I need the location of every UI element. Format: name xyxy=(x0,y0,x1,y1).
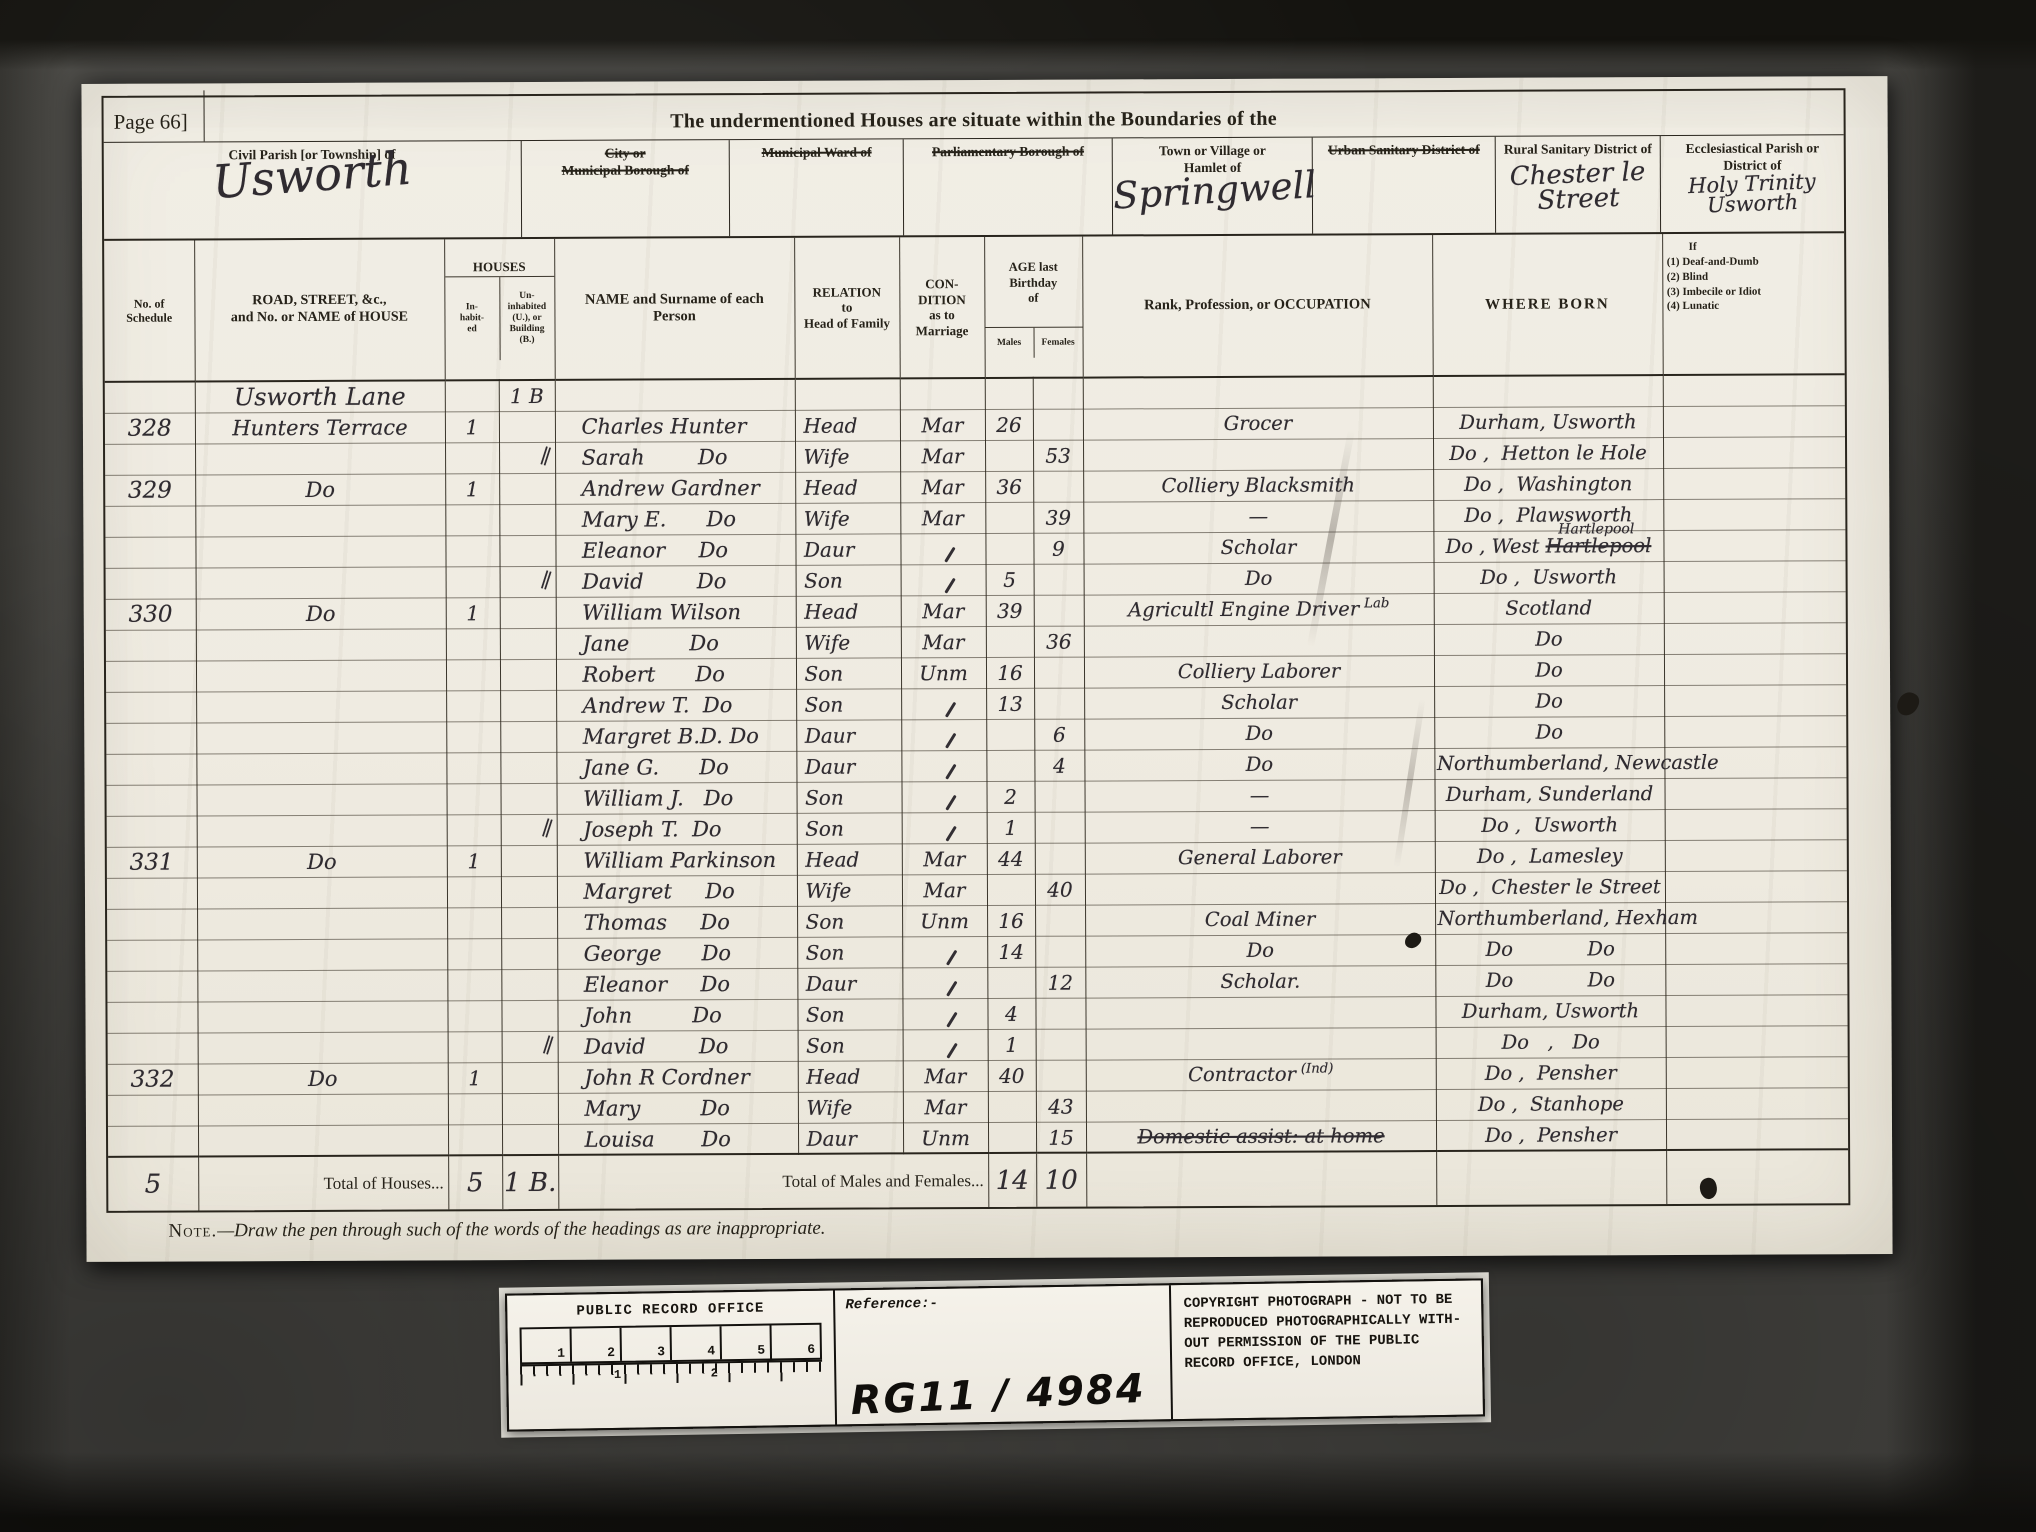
cell-age-female: 39 xyxy=(1033,502,1083,533)
cell-age-female xyxy=(1036,1029,1086,1060)
reference-label: Reference:- xyxy=(845,1292,1159,1313)
cell-road xyxy=(196,691,446,723)
cell-inhabited xyxy=(446,783,500,814)
cell-name: William Wilson xyxy=(556,596,796,628)
cell-age-female: 15 xyxy=(1036,1122,1086,1153)
cell-inhabited xyxy=(447,876,501,907)
cell-infirmity xyxy=(1664,747,1846,779)
cell-schedule xyxy=(105,382,195,413)
cell-road xyxy=(198,1125,448,1157)
cell-infirmity xyxy=(1664,561,1846,593)
cell-name: ∥David Do xyxy=(556,565,796,597)
cell-where-born: Scotland xyxy=(1434,592,1664,624)
cell-age-female xyxy=(1034,657,1084,688)
cell-where-born xyxy=(1433,375,1663,407)
cell-age-female xyxy=(1033,471,1083,502)
totals-houses-label: Total of Houses... xyxy=(198,1156,448,1211)
cell-infirmity xyxy=(1666,1119,1848,1151)
struck-text: HartlepoolHartlepool xyxy=(1546,534,1652,557)
cell-age-female: 36 xyxy=(1034,626,1084,657)
cell-uninhabited xyxy=(501,876,557,907)
cell-infirmity xyxy=(1663,530,1845,562)
cell-name: ∥David Do xyxy=(558,1030,798,1062)
census-table: No. of Schedule ROAD, STREET, &c., and N… xyxy=(104,233,1848,1211)
struck-text: Domestic assist: at home xyxy=(1137,1124,1384,1148)
pro-office-title: PUBLIC RECORD OFFICE xyxy=(519,1300,821,1321)
cell-occupation: Contractor(Ind) xyxy=(1086,1058,1436,1091)
cell-inhabited: 1 xyxy=(447,845,501,876)
census-form: Page 66] The undermentioned Houses are s… xyxy=(101,88,1850,1213)
cell-condition: Mar xyxy=(901,626,986,657)
cell-age-female xyxy=(1033,409,1083,440)
cell-name: Louisa Do xyxy=(558,1123,798,1155)
reference-value: RG11 / 4984 xyxy=(850,1366,1147,1424)
cell-condition xyxy=(902,998,987,1029)
cell-relation: Son xyxy=(796,565,901,596)
cell-occupation: — xyxy=(1084,779,1434,812)
cell-age-female xyxy=(1034,688,1084,719)
cell-infirmity xyxy=(1665,902,1847,934)
cell-relation: Son xyxy=(797,937,902,968)
cell-condition xyxy=(901,719,986,750)
pro-number-box: 6 xyxy=(772,1325,821,1359)
cell-schedule xyxy=(108,1095,198,1126)
district-cell: Town or Village or Hamlet ofSpringwell xyxy=(1113,138,1314,235)
cell-schedule: 332 xyxy=(108,1064,198,1095)
cell-age-female xyxy=(1033,378,1083,409)
cell-age-female: 53 xyxy=(1033,440,1083,471)
totals-inhabited: 5 xyxy=(448,1155,502,1209)
cell-age-male xyxy=(987,874,1035,905)
cell-schedule xyxy=(108,1126,198,1157)
district-value: Holy Trinity Usworth xyxy=(1660,171,1844,218)
col-schedule: No. of Schedule xyxy=(104,240,195,382)
cell-occupation: Domestic assist: at home xyxy=(1086,1120,1436,1153)
cell-where-born: Do , Usworth xyxy=(1434,561,1664,593)
cell-name: Andrew T. Do xyxy=(556,689,796,721)
cell-name: ∥Joseph T. Do xyxy=(557,813,797,845)
cell-condition: Mar xyxy=(903,1091,988,1122)
cell-road xyxy=(197,1001,447,1033)
cell-uninhabited xyxy=(502,1062,558,1093)
cell-infirmity xyxy=(1665,995,1847,1027)
cell-name: Margret Do xyxy=(557,875,797,907)
cell-where-born: Do Do xyxy=(1435,964,1665,996)
cell-infirmity xyxy=(1666,1026,1848,1058)
totals-empty-born xyxy=(1436,1150,1666,1205)
census-sheet: Page 66] The undermentioned Houses are s… xyxy=(81,76,1892,1262)
cell-relation: Son xyxy=(797,906,902,937)
cell-schedule xyxy=(107,971,197,1002)
ditto-tick-mark xyxy=(946,949,958,965)
cell-condition: Mar xyxy=(900,440,985,471)
totals-empty-occupation xyxy=(1086,1151,1436,1207)
cell-age-male xyxy=(985,378,1033,409)
totals-males: 14 xyxy=(988,1153,1036,1207)
cell-where-born: Do , Chester le Street xyxy=(1435,871,1665,903)
cell-age-male: 13 xyxy=(986,688,1034,719)
col-age-group: AGE last Birthday of Males Females xyxy=(984,237,1083,379)
cell-age-female: 12 xyxy=(1035,967,1085,998)
col-inhabited: In- habit- ed xyxy=(445,277,500,361)
cell-condition xyxy=(902,967,987,998)
cell-occupation: — xyxy=(1083,500,1433,533)
cell-age-male: 39 xyxy=(986,595,1034,626)
district-header: Civil Parish [or Township] ofUsworthCity… xyxy=(104,135,1844,241)
cell-where-born: Do xyxy=(1434,685,1664,717)
ditto-tick-mark xyxy=(945,701,957,717)
district-value: Springwell xyxy=(1112,167,1313,213)
cell-occupation xyxy=(1084,624,1434,657)
pro-number-box: 2 xyxy=(572,1328,623,1362)
cell-inhabited xyxy=(446,629,500,660)
ditto-tick-mark xyxy=(945,825,957,841)
cell-age-female: 4 xyxy=(1034,750,1084,781)
cell-age-male: 40 xyxy=(988,1060,1036,1091)
amendment-text: (Ind) xyxy=(1301,1061,1334,1076)
cell-age-male xyxy=(988,1091,1036,1122)
cell-infirmity xyxy=(1664,778,1846,810)
cell-occupation: Colliery Laborer xyxy=(1084,655,1434,688)
ink-blot xyxy=(1894,689,1922,719)
cell-condition: Unm xyxy=(901,657,986,688)
cell-age-male: 44 xyxy=(987,843,1035,874)
ditto-tick-mark xyxy=(944,546,956,562)
cell-road xyxy=(197,908,447,940)
district-cell: City or Municipal Borough of xyxy=(521,140,730,237)
district-label: City or Municipal Borough of xyxy=(521,145,729,180)
cell-uninhabited xyxy=(499,411,555,442)
cell-age-male: 14 xyxy=(987,936,1035,967)
cell-occupation xyxy=(1086,1027,1436,1060)
col-occupation: Rank, Profession, or OCCUPATION xyxy=(1082,235,1433,378)
cell-condition: Unm xyxy=(903,1122,988,1153)
cell-infirmity xyxy=(1663,375,1845,407)
cell-relation: Head xyxy=(798,1061,903,1092)
cell-age-female: 6 xyxy=(1034,719,1084,750)
ditto-tick-mark xyxy=(946,980,958,996)
cell-where-born: Do , Pensher xyxy=(1436,1057,1666,1089)
cell-relation: Head xyxy=(796,596,901,627)
cell-age-male xyxy=(987,967,1035,998)
cell-where-born: Northumberland, Hexham xyxy=(1435,902,1665,934)
cell-age-female xyxy=(1036,1060,1086,1091)
cell-relation: Wife xyxy=(795,503,900,534)
cell-occupation: Grocer xyxy=(1083,407,1433,440)
cell-name: John Do xyxy=(557,999,797,1031)
cell-where-born: Do , Pensher xyxy=(1436,1119,1666,1151)
cell-road xyxy=(195,536,445,568)
cell-age-female: 40 xyxy=(1035,874,1085,905)
pro-reference-stamp: PUBLIC RECORD OFFICE 123456 1 2 Referenc… xyxy=(505,1278,1485,1431)
col-relation: RELATION to Head of Family xyxy=(794,237,900,379)
pro-number-box: 3 xyxy=(622,1327,673,1361)
totals-schedule-count: 5 xyxy=(108,1157,198,1211)
cell-name: Mary E. Do xyxy=(555,503,795,535)
cell-age-male xyxy=(985,440,1033,471)
cell-where-born: Do xyxy=(1434,623,1664,655)
cell-infirmity xyxy=(1664,623,1846,655)
cell-condition xyxy=(900,533,985,564)
cell-condition xyxy=(901,750,986,781)
cell-uninhabited xyxy=(500,721,556,752)
footnote-text: —Draw the pen through such of the words … xyxy=(217,1218,825,1242)
ditto-tick-mark xyxy=(946,1011,958,1027)
cell-infirmity xyxy=(1665,809,1847,841)
cell-name: John R Cordner xyxy=(558,1061,798,1093)
district-label: Rural Sanitary District of xyxy=(1496,141,1660,159)
cell-inhabited xyxy=(446,660,500,691)
cell-uninhabited xyxy=(501,907,557,938)
cell-age-female xyxy=(1034,595,1084,626)
totals-uninhabited: 1 B. xyxy=(502,1155,558,1209)
col-uninhabited: Un- inhabited (U.), or Building (B.) xyxy=(500,277,554,361)
cell-infirmity xyxy=(1663,468,1845,500)
cell-infirmity xyxy=(1665,964,1847,996)
cell-road xyxy=(196,784,446,816)
cell-schedule xyxy=(107,816,197,847)
cell-name: ∥Sarah Do xyxy=(555,441,795,473)
cell-age-male xyxy=(986,719,1034,750)
district-label: Urban Sanitary District of xyxy=(1313,142,1495,160)
cell-inhabited xyxy=(447,814,501,845)
cell-relation: Wife xyxy=(798,1092,903,1123)
cell-condition xyxy=(902,936,987,967)
cell-relation: Daur xyxy=(796,751,901,782)
cell-road xyxy=(197,815,447,847)
cell-inhabited xyxy=(445,536,499,567)
cell-occupation: Scholar xyxy=(1084,686,1434,719)
cell-age-female xyxy=(1035,905,1085,936)
pro-number-box: 1 xyxy=(522,1329,573,1363)
cell-condition xyxy=(902,812,987,843)
cell-road: Do xyxy=(197,846,447,878)
cell-inhabited: 1 xyxy=(446,598,500,629)
cell-schedule xyxy=(108,1033,198,1064)
cell-infirmity xyxy=(1663,437,1845,469)
cell-condition: Mar xyxy=(900,409,985,440)
cell-name: Andrew Gardner xyxy=(555,472,795,504)
reference-section: Reference:- RG11 / 4984 xyxy=(833,1285,1171,1424)
cell-infirmity xyxy=(1664,654,1846,686)
cell-age-male: 1 xyxy=(988,1029,1036,1060)
cell-age-female xyxy=(1035,812,1085,843)
houses-group-label: HOUSES xyxy=(445,258,554,277)
cell-relation: Daur xyxy=(796,720,901,751)
cell-road xyxy=(198,1032,448,1064)
ditto-tick-mark xyxy=(944,577,956,593)
cell-age-male xyxy=(986,626,1034,657)
cell-road: Usworth Lane xyxy=(195,381,445,413)
ditto-tick-mark xyxy=(945,732,957,748)
totals-females: 10 xyxy=(1036,1153,1086,1207)
pro-ruler-section: PUBLIC RECORD OFFICE 123456 1 2 xyxy=(507,1291,835,1430)
cell-age-female: 9 xyxy=(1033,533,1083,564)
footnote: Note.—Draw the pen through such of the w… xyxy=(168,1214,1850,1243)
cell-inhabited xyxy=(447,907,501,938)
col-condition: CON- DITION as to Marriage xyxy=(899,237,985,379)
col-name: NAME and Surname of each Person xyxy=(554,238,795,380)
cell-where-born: Do , Washington xyxy=(1433,468,1663,500)
cell-schedule xyxy=(107,909,197,940)
cell-schedule xyxy=(106,785,196,816)
cell-occupation xyxy=(1085,996,1435,1029)
cell-relation: Son xyxy=(798,1030,903,1061)
cell-occupation: General Laborer xyxy=(1085,841,1435,874)
cell-infirmity xyxy=(1663,499,1845,531)
pro-number-box: 5 xyxy=(722,1326,773,1360)
cell-inhabited: 1 xyxy=(448,1062,502,1093)
cell-where-born: Do , Lamesley xyxy=(1435,840,1665,872)
cell-name: Mary Do xyxy=(558,1092,798,1124)
cell-inhabited xyxy=(445,443,499,474)
cell-name: Eleanor Do xyxy=(555,534,795,566)
cell-age-male: 1 xyxy=(987,812,1035,843)
cell-occupation: Coal Miner xyxy=(1085,903,1435,936)
cell-relation: Head xyxy=(797,844,902,875)
cell-infirmity xyxy=(1664,592,1846,624)
cell-age-male xyxy=(985,533,1033,564)
cell-where-born: Do , West HartlepoolHartlepool xyxy=(1433,530,1663,562)
cell-schedule xyxy=(106,754,196,785)
cell-infirmity xyxy=(1665,840,1847,872)
cell-uninhabited xyxy=(502,1093,558,1124)
cell-name: Jane Do xyxy=(556,627,796,659)
cell-uninhabited xyxy=(500,783,556,814)
cell-name: William Parkinson xyxy=(557,844,797,876)
cell-where-born: Durham, Usworth xyxy=(1435,995,1665,1027)
ruler-number: 2 xyxy=(711,1366,718,1380)
cell-age-male: 16 xyxy=(986,657,1034,688)
cell-occupation: Do xyxy=(1085,934,1435,967)
cell-inhabited xyxy=(446,721,500,752)
cell-where-born: Do , Hetton le Hole xyxy=(1433,437,1663,469)
cell-schedule xyxy=(107,878,197,909)
col-males: Males xyxy=(985,328,1034,358)
cell-age-female xyxy=(1035,998,1085,1029)
cell-relation: Head xyxy=(795,410,900,441)
cell-road xyxy=(196,722,446,754)
col-where-born: WHERE BORN xyxy=(1432,234,1663,376)
cell-relation xyxy=(795,379,900,410)
pro-number-box: 4 xyxy=(672,1326,723,1360)
cell-inhabited xyxy=(446,690,500,721)
cell-age-female xyxy=(1035,843,1085,874)
cell-uninhabited xyxy=(500,597,556,628)
cell-infirmity xyxy=(1665,933,1847,965)
cell-relation: Son xyxy=(797,813,902,844)
cell-occupation: Colliery Blacksmith xyxy=(1083,469,1433,502)
cell-where-born: Northumberland, Newcastle xyxy=(1434,747,1664,779)
ditto-tick-mark xyxy=(945,794,957,810)
district-label: Parliamentary Borough of xyxy=(904,143,1112,161)
cell-schedule xyxy=(106,661,196,692)
census-tbody: Usworth Lane1 B328Hunters Terrace1Charle… xyxy=(105,375,1848,1158)
cell-road xyxy=(196,567,446,599)
cell-relation: Daur xyxy=(797,968,902,999)
cell-relation: Wife xyxy=(795,441,900,472)
cell-occupation xyxy=(1085,872,1435,905)
pro-inch-ruler: 1 2 xyxy=(520,1360,823,1394)
cell-age-female: 43 xyxy=(1036,1091,1086,1122)
cell-name: Robert Do xyxy=(556,658,796,690)
district-label: Municipal Ward of xyxy=(730,144,903,162)
cell-occupation xyxy=(1083,376,1433,409)
cell-where-born: Do Do xyxy=(1435,933,1665,965)
cell-schedule: 329 xyxy=(105,475,195,506)
cell-occupation: Agricultl Engine DriverLab xyxy=(1084,593,1434,626)
cell-uninhabited xyxy=(501,938,557,969)
cell-road xyxy=(196,629,446,661)
cell-road xyxy=(198,1094,448,1126)
cell-age-male xyxy=(988,1122,1036,1153)
cell-age-male: 16 xyxy=(987,905,1035,936)
cell-road xyxy=(197,939,447,971)
cell-uninhabited xyxy=(499,473,555,504)
cell-age-male: 36 xyxy=(985,471,1033,502)
cell-age-female xyxy=(1034,781,1084,812)
district-cell: Ecclesiastical Parish or District ofHoly… xyxy=(1661,135,1844,232)
cell-relation: Head xyxy=(795,472,900,503)
cell-occupation: Scholar. xyxy=(1085,965,1435,998)
cell-age-male xyxy=(986,750,1034,781)
cell-road xyxy=(197,970,447,1002)
district-cell: Parliamentary Borough of xyxy=(904,138,1113,235)
cell-schedule xyxy=(106,723,196,754)
cell-road: Hunters Terrace xyxy=(195,412,445,444)
cell-relation: Son xyxy=(797,999,902,1030)
cell-relation: Wife xyxy=(797,875,902,906)
col-females: Females xyxy=(1034,328,1082,358)
cell-uninhabited xyxy=(499,504,555,535)
cell-condition xyxy=(901,781,986,812)
cell-schedule xyxy=(106,692,196,723)
cell-occupation xyxy=(1086,1089,1436,1122)
cell-relation: Daur xyxy=(795,534,900,565)
cell-where-born: Do , Usworth xyxy=(1435,809,1665,841)
cell-road xyxy=(195,443,445,475)
table-header-row: No. of Schedule ROAD, STREET, &c., and N… xyxy=(104,233,1845,382)
cell-where-born: Durham, Usworth xyxy=(1433,406,1663,438)
cell-inhabited xyxy=(446,752,500,783)
district-cell: Rural Sanitary District ofChester le Str… xyxy=(1496,136,1662,233)
cell-road: Do xyxy=(198,1063,448,1095)
cell-name: Thomas Do xyxy=(557,906,797,938)
cell-name: Eleanor Do xyxy=(557,968,797,1000)
cell-where-born: Durham, Sunderland xyxy=(1434,778,1664,810)
cell-occupation: — xyxy=(1085,810,1435,843)
cell-inhabited xyxy=(446,567,500,598)
cell-road: Do xyxy=(195,474,445,506)
district-cell: Civil Parish [or Township] ofUsworth xyxy=(104,141,522,239)
cell-age-female xyxy=(1035,936,1085,967)
totals-persons-label: Total of Males and Females... xyxy=(558,1153,988,1209)
cell-infirmity xyxy=(1664,685,1846,717)
col-infirmity: If (1) Deaf-and-Dumb (2) Blind (3) Imbec… xyxy=(1662,233,1845,375)
cell-inhabited: 1 xyxy=(445,412,499,443)
amendment-text: Hartlepool xyxy=(1558,521,1634,537)
cell-road xyxy=(196,753,446,785)
cell-road xyxy=(197,877,447,909)
cell-schedule: 330 xyxy=(106,599,196,630)
cell-age-male xyxy=(985,502,1033,533)
cell-inhabited xyxy=(445,505,499,536)
cell-schedule: 331 xyxy=(107,847,197,878)
cell-uninhabited xyxy=(500,659,556,690)
cell-inhabited xyxy=(447,969,501,1000)
cell-uninhabited: 1 B xyxy=(499,380,555,411)
cell-inhabited xyxy=(447,1000,501,1031)
